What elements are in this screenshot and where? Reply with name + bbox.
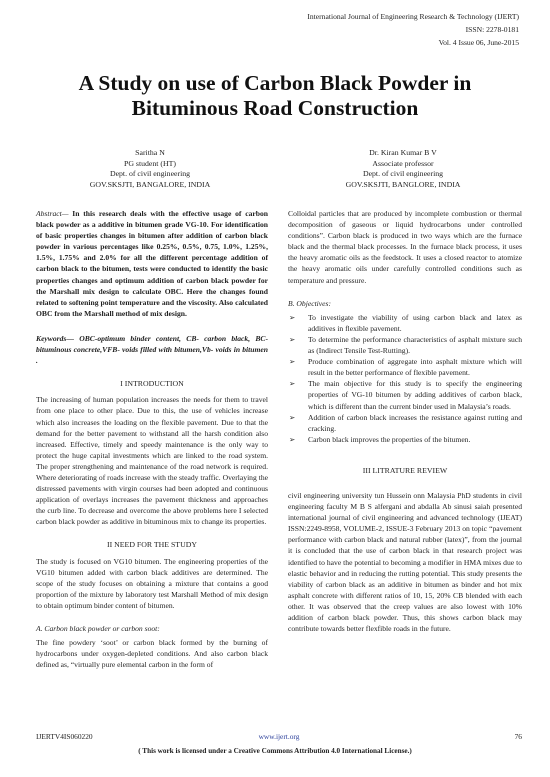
need-text: The study is focused on VG10 bitumen. Th… [36,556,268,611]
arrow-bullet-icon: ➢ [289,356,295,367]
left-column: Abstract— In this research deals with th… [36,208,268,670]
journal-url-link[interactable]: www.ijert.org [36,732,522,741]
author-dept: Dept. of civil engineering [283,169,523,180]
arrow-bullet-icon: ➢ [289,334,295,345]
introduction-text: The increasing of human population incre… [36,394,268,527]
section-heading-literature-review: III LITRATURE REVIEW [288,465,522,476]
author-name: Saritha N [30,148,270,159]
section-heading-need: II NEED FOR THE STUDY [36,539,268,550]
title-line-2: Bituminous Road Construction [0,96,550,121]
arrow-bullet-icon: ➢ [289,412,295,423]
journal-name: International Journal of Engineering Res… [307,10,519,23]
author-block-2: Dr. Kiran Kumar B V Associate professor … [283,148,523,190]
abstract: Abstract— In this research deals with th… [36,208,268,319]
subsection-heading-carbon-black: A. Carbon black powder or carbon soot: [36,623,268,634]
issn: ISSN: 2278-0181 [307,23,519,36]
abstract-text: In this research deals with the effectiv… [36,209,268,318]
abstract-label: Abstract— [36,209,69,218]
author-role: PG student (HT) [30,159,270,170]
section-heading-introduction: I INTRODUCTION [36,378,268,389]
list-item: ➢To determine the performance characteri… [288,334,522,356]
author-dept: Dept. of civil engineering [30,169,270,180]
arrow-bullet-icon: ➢ [289,312,295,323]
arrow-bullet-icon: ➢ [289,378,295,389]
license-notice: ( This work is licensed under a Creative… [0,747,550,755]
subsection-heading-objectives: B. Objectives: [288,298,522,309]
right-column: Colloidal particles that are produced by… [288,208,522,634]
list-item: ➢To investigate the viability of using c… [288,312,522,334]
author-role: Associate professor [283,159,523,170]
volume-issue: Vol. 4 Issue 06, June-2015 [307,36,519,49]
journal-header: International Journal of Engineering Res… [307,10,519,49]
carbon-black-text: The fine powdery ‘soot’ or carbon black … [36,637,268,670]
arrow-bullet-icon: ➢ [289,434,295,445]
list-item: ➢Carbon black improves the properties of… [288,434,522,445]
list-item: ➢Addition of carbon black increases the … [288,412,522,434]
title-line-1: A Study on use of Carbon Black Powder in [0,71,550,96]
objectives-list: ➢To investigate the viability of using c… [288,312,522,445]
author-block-1: Saritha N PG student (HT) Dept. of civil… [30,148,270,190]
author-name: Dr. Kiran Kumar B V [283,148,523,159]
page-number: 76 [515,732,522,741]
list-item: ➢Produce combination of aggregate into a… [288,356,522,378]
author-affiliation: GOV.SKSJTI, BANGLORE, INDIA [283,180,523,191]
author-affiliation: GOV.SKSJTI, BANGALORE, INDIA [30,180,270,191]
keywords: Keywords— OBC-optimum binder content, CB… [36,333,268,366]
carbon-black-text-continued: Colloidal particles that are produced by… [288,208,522,286]
literature-review-text: civil engineering university tun Hussein… [288,490,522,634]
list-item: ➢The main objective for this study is to… [288,378,522,411]
paper-title: A Study on use of Carbon Black Powder in… [0,71,550,121]
